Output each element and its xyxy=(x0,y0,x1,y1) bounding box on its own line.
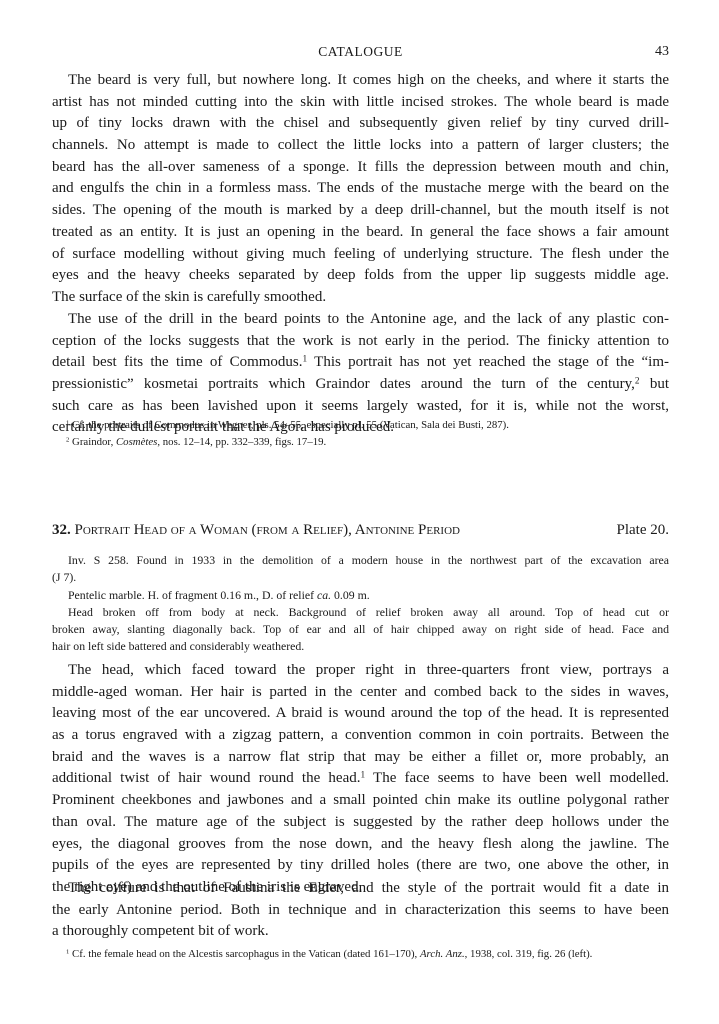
entry-number: 32. xyxy=(52,522,71,538)
text-line: Pentelic marble. H. of fragment 0.16 m.,… xyxy=(52,587,669,604)
text-line: than oval. The mature age of the subject… xyxy=(52,812,669,834)
text-line: and engulfs the chin in a formless mass.… xyxy=(52,178,669,200)
paragraph-head-description: The head, which faced toward the proper … xyxy=(52,660,669,899)
paragraph-beard-description: The beard is very full, but nowhere long… xyxy=(52,70,669,309)
text-line: The head, which faced toward the proper … xyxy=(52,660,669,682)
text-line: treated as an entity. It is just an open… xyxy=(52,222,669,244)
text-line: such care as has been lavished upon it s… xyxy=(52,396,669,418)
text-line: broken away, slanting diagonally back. T… xyxy=(52,621,669,638)
text-line: The beard is very full, but nowhere long… xyxy=(52,70,669,92)
document-page: CATALOGUE 43 The beard is very full, but… xyxy=(0,0,719,1024)
text-segment: pressionistic” kosmetai portraits which … xyxy=(52,376,635,392)
text-line: Prominent cheekbones and jawbones and a … xyxy=(52,790,669,812)
text-segment: detail best fits the time of Commodus. xyxy=(52,354,303,370)
text-segment: The face seems to have been well modelle… xyxy=(365,770,669,786)
text-line: Inv. S 258. Found in 1933 in the demolit… xyxy=(52,552,669,569)
text-line: beard has the all-over sameness of a spo… xyxy=(52,157,669,179)
text-segment: Pentelic marble. H. of fragment 0.16 m.,… xyxy=(68,588,317,602)
footnote-text: , nos. 12–14, pp. 332–339, figs. 17–19. xyxy=(157,436,326,448)
text-line: the early Antonine period. Both in techn… xyxy=(52,900,669,922)
text-line: (J 7). xyxy=(52,569,669,586)
text-line: pupils of the eyes are represented by ti… xyxy=(52,855,669,877)
text-line: The use of the drill in the beard points… xyxy=(52,309,669,331)
text-line: up of tiny locks drawn with the chisel a… xyxy=(52,113,669,135)
footnotes-entry-32: 1 Cf. the female head on the Alcestis sa… xyxy=(52,946,669,963)
entry-heading: 32. Portrait Head of a Woman (from a Rel… xyxy=(52,522,669,544)
text-segment: additional twist of hair wound round the… xyxy=(52,770,360,786)
text-line: sides. The opening of the mouth is marke… xyxy=(52,200,669,222)
running-title: CATALOGUE xyxy=(52,44,669,60)
text-line: additional twist of hair wound round the… xyxy=(52,768,669,790)
footnote-1: 1 Cf. the portraits of Commodus in Wegne… xyxy=(52,417,669,434)
text-segment: but xyxy=(640,376,669,392)
text-line: hair on left side battered and considera… xyxy=(52,638,669,655)
entry-title: Portrait Head of a Woman (from a Relief)… xyxy=(75,522,460,538)
text-line: eyes and the heavy cheeks separated by d… xyxy=(52,265,669,287)
text-line: a thoroughly competent bit of work. xyxy=(52,921,669,943)
text-line: artist has not minded cutting into the s… xyxy=(52,92,669,114)
text-line: detail best fits the time of Commodus.1 … xyxy=(52,352,669,374)
footnote-2: 2 Graindor, Cosmètes, nos. 12–14, pp. 33… xyxy=(52,434,669,451)
text-line: braid and the waves is a narrow flat str… xyxy=(52,747,669,769)
text-line: middle-aged woman. Her hair is parted in… xyxy=(52,682,669,704)
paragraph-coiffure-dating: The coiffure is that of Faustina the Eld… xyxy=(52,878,669,943)
text-line: as a torus engraved with a zigzag patter… xyxy=(52,725,669,747)
footnote-italic-title: Cosmètes xyxy=(116,436,157,448)
page-number: 43 xyxy=(655,44,669,60)
text-line: channels. No attempt is made to collect … xyxy=(52,135,669,157)
text-segment: 0.09 m. xyxy=(331,588,370,602)
text-line: leaving most of the ear uncovered. A bra… xyxy=(52,703,669,725)
footnote-text: Cf. the portraits of Commodus in Wegner,… xyxy=(69,419,509,431)
text-line: Head broken off from body at neck. Backg… xyxy=(52,604,669,621)
footnote-text: , 1938, col. 319, fig. 26 (left). xyxy=(465,948,593,960)
footnote-italic-title: Arch. Anz. xyxy=(420,948,465,960)
text-italic: ca. xyxy=(317,588,331,602)
text-segment: This portrait has not yet reached the st… xyxy=(307,354,669,370)
text-line: ception of the locks suggests that the w… xyxy=(52,331,669,353)
text-line: pressionistic” kosmetai portraits which … xyxy=(52,374,669,396)
text-line: The surface of the skin is carefully smo… xyxy=(52,287,669,309)
footnote-1: 1 Cf. the female head on the Alcestis sa… xyxy=(52,946,669,963)
running-head: CATALOGUE 43 xyxy=(52,44,669,64)
footnote-text: Cf. the female head on the Alcestis sarc… xyxy=(69,948,420,960)
plate-reference[interactable]: Plate 20. xyxy=(617,522,670,539)
text-line: The coiffure is that of Faustina the Eld… xyxy=(52,878,669,900)
text-line: eyes, the diagonal grooves from the nose… xyxy=(52,834,669,856)
footnotes-continued-entry: 1 Cf. the portraits of Commodus in Wegne… xyxy=(52,417,669,451)
entry-details: Inv. S 258. Found in 1933 in the demolit… xyxy=(52,552,669,656)
text-line: of surface modelling without giving much… xyxy=(52,244,669,266)
footnote-text: Graindor, xyxy=(69,436,116,448)
